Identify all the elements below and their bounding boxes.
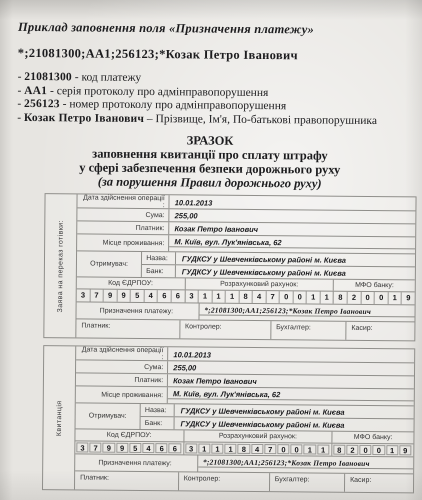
digit-cell: 9 — [103, 290, 117, 302]
sign-payer-label: Платник: — [76, 319, 179, 338]
digit-cell: 8 — [334, 292, 347, 304]
digit-cell: 5 — [130, 290, 144, 302]
legend-bullet: - — [17, 111, 21, 123]
digit-cell: 1 — [386, 445, 398, 455]
edrpou-digits: 37995466 — [75, 441, 183, 454]
legend-term: 256123 — [24, 98, 60, 110]
digit-cell: 1 — [387, 292, 401, 304]
payment-purpose-label: Призначення платежу: — [75, 454, 197, 471]
digit-cell: 3 — [185, 443, 197, 453]
digit-cell: 1 — [211, 291, 225, 303]
digit-cell: 6 — [169, 443, 181, 453]
paper-sheet: Приклад заповнення поля «Призначення пла… — [0, 0, 422, 493]
payment-purpose-value-wrap: *;21081300;АА1;256123;*Козак Петро Івано… — [198, 303, 414, 321]
recipient-bank-label: Банк: — [141, 417, 174, 429]
form-body: Дата здійснення операції : 10.01.2013 Су… — [76, 194, 415, 340]
legend-desc: – Прізвище, Ім'я, По-батькові правопоруш… — [147, 113, 377, 127]
digit-cell: 7 — [265, 291, 279, 303]
digit-cell: 3 — [76, 442, 88, 452]
legend-line-offender-name: - Козак Петро Іванович – Прізвище, Ім'я,… — [17, 111, 407, 128]
operation-date-label: Дата здійснення операції : — [77, 194, 168, 208]
recipient-details: Назва: ГУДКСУ у Шевченківському районі м… — [141, 252, 415, 279]
mfo-bank-label: МФО банку: — [332, 432, 414, 444]
digit-cell: 8 — [238, 291, 252, 303]
example-legend: - 21081300 - код платежу - АА1 - серія п… — [17, 71, 407, 128]
digit-cell: 1 — [306, 291, 320, 303]
sample-title-block: ЗРАЗОК заповнення квитанції про сплату ш… — [0, 132, 421, 192]
scanned-document-page: Приклад заповнення поля «Призначення пла… — [0, 0, 422, 500]
digit-cell: 9 — [103, 443, 115, 453]
recipient-label: Отримувач: — [76, 403, 140, 429]
sign-accountant-label: Бухгалтер: — [269, 473, 344, 492]
digit-cell: 9 — [399, 445, 411, 455]
recipient-row: Отримувач: Назва: ГУДКСУ у Шевченківсько… — [76, 402, 414, 431]
recipient-details: Назва: ГУДКСУ у Шевченківському районі м… — [140, 404, 414, 431]
operation-date-label: Дата здійснення операції : — [76, 346, 167, 360]
sign-cashier-label: Касир: — [345, 322, 414, 341]
digit-cell: 1 — [317, 445, 329, 455]
digit-cell: 8 — [333, 445, 345, 455]
digit-cell: 0 — [279, 291, 293, 303]
recipient-label: Отримувач: — [77, 251, 141, 277]
digit-cell: 9 — [401, 292, 415, 304]
example-title: Приклад заповнення поля «Призначення пла… — [18, 20, 408, 38]
payer-label: Платник: — [76, 373, 167, 386]
sign-cashier-label: Касир: — [344, 474, 413, 493]
digit-cell: 0 — [277, 444, 289, 454]
payment-purpose-example-string: *;21081300;АА1;256123;*Козак Петро Івано… — [18, 46, 408, 64]
legend-term: 21081300 — [24, 71, 72, 83]
signatures-row: Платник: Контролер: Бухгалтер: Касир: — [76, 318, 414, 340]
edrpou-digits: 37995466 — [77, 289, 185, 302]
amount-label: Сума: — [77, 208, 168, 221]
cash-transfer-application-form: Заява на переказ готівки: Дата здійсненн… — [43, 193, 416, 341]
digit-cell: 9 — [116, 443, 128, 453]
digit-cell: 7 — [264, 444, 276, 454]
digit-cell: 8 — [238, 444, 250, 454]
signatures-row: Платник: Контролер: Бухгалтер: Касир: — [75, 470, 413, 492]
purpose-field-example-block: Приклад заповнення поля «Призначення пла… — [0, 0, 422, 128]
mfo-digits: 820019 — [333, 292, 415, 305]
amount-label: Сума: — [76, 360, 167, 373]
digit-cell: 0 — [292, 291, 306, 303]
digit-cell: 2 — [347, 292, 361, 304]
residence-label: Місце проживання: — [76, 386, 167, 403]
mfo-bank-label: МФО банку: — [333, 280, 415, 292]
digit-cell: 9 — [116, 290, 130, 302]
legend-bullet: - — [18, 71, 22, 83]
digit-cell: 1 — [225, 291, 239, 303]
digit-cell: 0 — [360, 292, 374, 304]
sign-accountant-label: Бухгалтер: — [270, 321, 345, 340]
sign-controller-label: Контролер: — [178, 472, 269, 491]
legend-term: Козак Петро Іванович — [24, 111, 144, 124]
legend-desc: - номер протоколу про адмінправопорушенн… — [63, 98, 287, 112]
digit-cell: 5 — [129, 443, 141, 453]
digit-cell: 4 — [142, 443, 154, 453]
payer-label: Платник: — [77, 221, 168, 234]
digit-cell: 1 — [211, 444, 223, 454]
payment-purpose-value-wrap: *;21081300;АА1;256123;*Козак Петро Івано… — [197, 455, 413, 473]
legend-bullet: - — [17, 98, 21, 110]
residence-label: Місце проживання: — [77, 234, 168, 251]
digit-cell: 1 — [225, 444, 237, 454]
digit-cell: 4 — [143, 290, 157, 302]
legend-term: АА1 — [24, 84, 47, 96]
recipient-bank-label: Банк: — [142, 265, 175, 277]
digit-cell: 0 — [373, 445, 385, 455]
digit-cell: 1 — [198, 290, 212, 302]
payment-purpose-label: Призначення платежу: — [76, 302, 198, 319]
mfo-digits: 820019 — [331, 444, 413, 457]
digit-cell: 6 — [171, 290, 185, 302]
section-vertical-label: Квитанція — [43, 346, 76, 489]
digit-cell: 0 — [291, 444, 303, 454]
form-body: Дата здійснення операції : 10.01.2013 Су… — [75, 346, 414, 492]
section-vertical-label: Заява на переказ готівки: — [44, 194, 77, 337]
digit-cell: 4 — [251, 444, 263, 454]
digit-cell: 7 — [90, 443, 102, 453]
sample-title-line4: (за порушення Правил дорожнього руху) — [0, 174, 421, 192]
recipient-row: Отримувач: Назва: ГУДКСУ у Шевченківсько… — [77, 250, 415, 279]
legend-desc: - код платежу — [75, 71, 141, 84]
sign-payer-label: Платник: — [75, 471, 178, 490]
digit-cell: 6 — [157, 290, 171, 302]
digit-cell: 3 — [185, 290, 198, 302]
digit-cell: 1 — [319, 292, 333, 304]
digit-cell: 0 — [360, 445, 372, 455]
recipient-name-label: Назва: — [141, 404, 174, 416]
digit-cell: 2 — [346, 445, 358, 455]
digit-cell: 0 — [374, 292, 388, 304]
digit-cell: 1 — [198, 443, 210, 453]
digit-cell: 3 — [77, 289, 90, 301]
digit-cell: 4 — [252, 291, 266, 303]
recipient-name-label: Назва: — [142, 252, 175, 264]
legend-desc: - серія протоколу про адмінправопорушенн… — [50, 85, 268, 99]
section-vertical-label-text: Заява на переказ готівки: — [57, 220, 65, 312]
sign-controller-label: Контролер: — [179, 320, 270, 339]
legend-bullet: - — [17, 84, 21, 96]
edrpou-code-label: Код ЄДРПОУ: — [75, 429, 183, 441]
receipt-form: Квитанція Дата здійснення операції : 10.… — [42, 345, 415, 493]
digit-cell: 1 — [304, 444, 316, 454]
digit-cell: 7 — [89, 290, 103, 302]
section-vertical-label-text: Квитанція — [55, 400, 62, 436]
digit-cell: 6 — [156, 443, 168, 453]
